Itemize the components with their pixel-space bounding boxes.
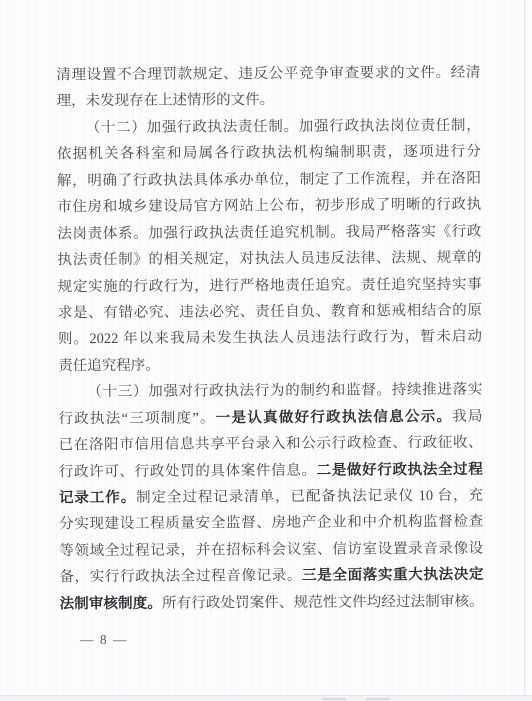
text-line-15: 已在洛阳市信用信息共享平台录入和公示行政检查、行政征收、 [59,430,483,459]
text-run: 则。2022 年以来我局未发生执法人员违法行政行为，暂未启动 [58,329,482,348]
text-line-4: 依据机关各科室和局属各行政执法机构编制职责，逐项进行分 [57,139,481,168]
bold-text-run: 记录工作。 [59,490,136,506]
text-run: 理，未发现存在上述情形的文件。 [57,92,275,109]
text-line-8: 执法责任制》的相关规定，对执法人员违反法律、法规、规章的 [57,245,481,274]
text-line-19: 等领域全过程记录，并在招标科会议室、信访室设置录音录像设 [59,536,483,565]
text-run: 解，明确了行政执法具体承办单位，制定了工作流程，并在洛阳 [57,170,481,189]
text-line-12: 责任追究程序。 [58,351,482,380]
text-run: 行政执法“三项制度”。 [58,410,215,427]
bold-text-run: 三是全面落实重大执法决定 [302,567,483,584]
bottom-scan-edge [0,695,532,701]
bold-text-run: 二是做好行政执法全过程 [317,461,483,478]
text-line-10: 求是、有错必究、违法必究、责任自负、教育和惩戒相结合的原 [58,298,482,327]
text-run: 已在洛阳市信用信息共享平台录入和公示行政检查、行政征收、 [59,435,483,454]
text-line-18: 分实现建设工程质量安全监督、房地产企业和中介机构监督检查 [59,509,483,538]
text-line-5: 解，明确了行政执法具体承办单位，制定了工作流程，并在洛阳 [57,165,481,194]
text-run: 责任追究程序。 [58,357,160,374]
text-run: 我局 [452,408,482,424]
text-run: （十二）加强行政执法责任制。加强行政执法岗位责任制， [86,118,481,136]
text-line-1: 清理设置不合理罚款规定、违反公平竞争审查要求的文件。经清 [56,60,480,89]
text-line-3: （十二）加强行政执法责任制。加强行政执法岗位责任制， [57,113,481,142]
text-run: 等领域全过程记录，并在招标科会议室、信访室设置录音录像设 [59,541,483,560]
text-run: 行政许可、行政处罚的具体案件信息。 [59,462,317,480]
text-line-6: 市住房和城乡建设局官方网站上公布，初步形成了明晰的行政执 [57,192,481,221]
text-line-14: 行政执法“三项制度”。一是认真做好行政执法信息公示。我局 [58,403,482,432]
text-line-9: 规定实施的行政行为，进行严格地责任追究。责任追究坚持实事 [58,271,482,300]
text-run: 依据机关各科室和局属各行政执法机构编制职责，逐项进行分 [57,144,481,163]
text-run: 执法责任制》的相关规定，对执法人员违反法律、法规、规章的 [57,250,481,269]
bold-text-run: 一是认真做好行政执法信息公示。 [216,409,453,426]
text-line-20: 备，实行行政执法全过程音像记录。三是全面落实重大执法决定 [59,562,483,591]
scan-edge-right [524,0,525,701]
scan-artifact-segment [322,698,346,700]
text-run: 求是、有错必究、违法必究、责任自负、教育和惩戒相结合的原 [58,303,482,322]
text-run: 备，实行行政执法全过程音像记录。 [59,568,302,585]
bold-text-run: 法制审核制度。 [60,595,162,612]
text-line-2: 理，未发现存在上述情形的文件。 [56,86,480,115]
text-run: 分实现建设工程质量安全监督、房地产企业和中介机构监督检查 [59,514,483,533]
text-run: 制定全过程记录清单，已配备执法记录仪 10 台，充 [136,488,483,506]
text-line-11: 则。2022 年以来我局未发生执法人员违法行政行为，暂未启动 [58,324,482,353]
scan-artifact-segment [366,698,390,700]
page-number: — 8 — [80,632,128,648]
text-run: 法岗责体系。加强行政执法责任追究机制。我局严格落实《行政 [57,223,481,242]
text-run: 规定实施的行政行为，进行严格地责任追究。责任追究坚持实事 [58,276,482,295]
scanned-document-page: 清理设置不合理罚款规定、违反公平竞争审查要求的文件。经清理，未发现存在上述情形的… [0,0,532,701]
text-line-21: 法制审核制度。所有行政处罚案件、规范性文件均经过法制审核。 [60,588,484,617]
text-line-16: 行政许可、行政处罚的具体案件信息。二是做好行政执法全过程 [59,456,483,485]
text-run: 市住房和城乡建设局官方网站上公布，初步形成了明晰的行政执 [57,197,481,216]
text-run: 所有行政处罚案件、规范性文件均经过法制审核。 [162,593,484,611]
text-line-7: 法岗责体系。加强行政执法责任追究机制。我局严格落实《行政 [57,218,481,247]
text-run: 清理设置不合理罚款规定、违反公平竞争审查要求的文件。经清 [56,65,480,84]
text-line-17: 记录工作。制定全过程记录清单，已配备执法记录仪 10 台，充 [59,483,483,512]
document-body-text: 清理设置不合理罚款规定、违反公平竞争审查要求的文件。经清理，未发现存在上述情形的… [56,60,483,618]
text-line-13: （十三）加强对行政执法行为的制约和监督。持续推进落实 [58,377,482,406]
text-run: （十三）加强对行政执法行为的制约和监督。持续推进落实 [87,382,482,400]
